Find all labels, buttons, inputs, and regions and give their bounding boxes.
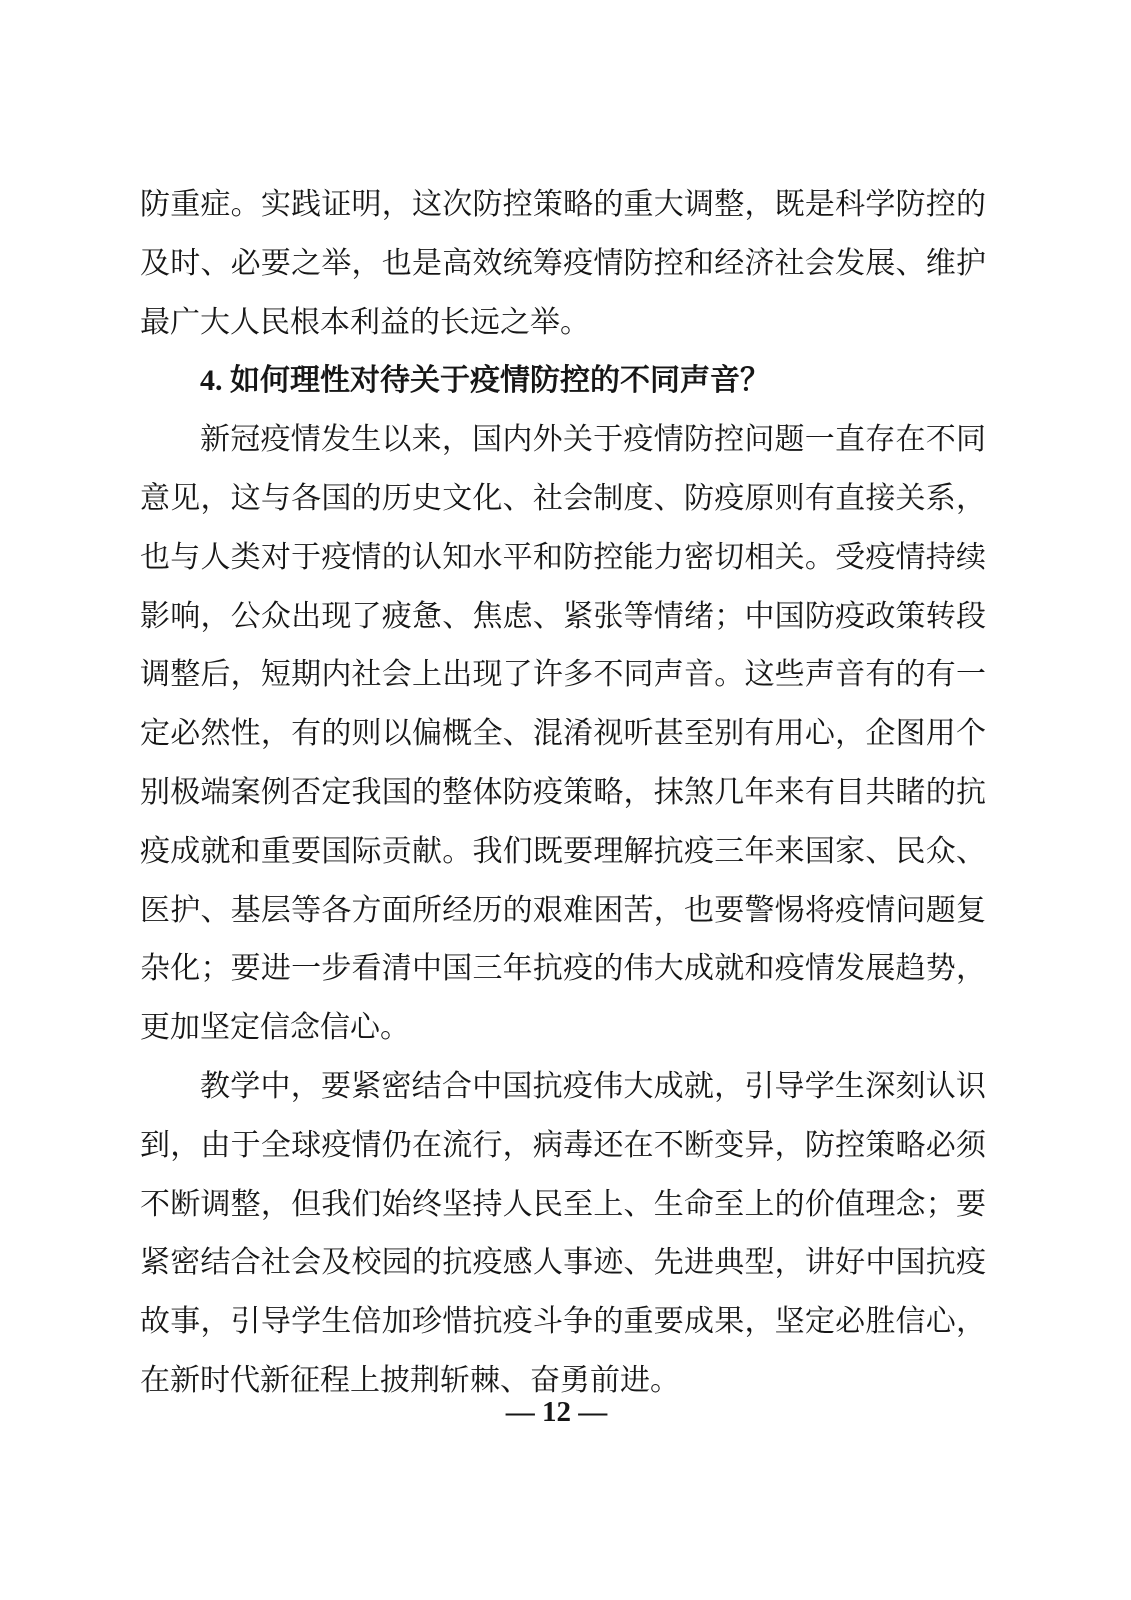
text-line: 影响，公众出现了疲惫、焦虑、紧张等情绪；中国防疫政策转段 (140, 588, 986, 647)
text-line: 防重症。实践证明，这次防控策略的重大调整，既是科学防控的 (140, 176, 986, 235)
text-line: 疫成就和重要国际贡献。我们既要理解抗疫三年来国家、民众、 (140, 823, 986, 882)
text-line: 也与人类对于疫情的认知水平和防控能力密切相关。受疫情持续 (140, 529, 986, 588)
page-number: — 12 — (506, 1396, 608, 1428)
text-line: 意见，这与各国的历史文化、社会制度、防疫原则有直接关系， (140, 470, 986, 529)
text-line: 及时、必要之举，也是高效统筹疫情防控和经济社会发展、维护 (140, 235, 986, 294)
paragraph-different-voices: 新冠疫情发生以来，国内外关于疫情防控问题一直存在不同意见，这与各国的历史文化、社… (140, 411, 986, 1058)
text-line: 到，由于全球疫情仍在流行，病毒还在不断变异，防控策略必须 (140, 1117, 986, 1176)
text-line: 医护、基层等各方面所经历的艰难困苦，也要警惕将疫情问题复 (140, 882, 986, 941)
text-line: 新冠疫情发生以来，国内外关于疫情防控问题一直存在不同 (140, 411, 986, 470)
paragraph-teaching-guidance: 教学中，要紧密结合中国抗疫伟大成就，引导学生深刻认识到，由于全球疫情仍在流行，病… (140, 1058, 986, 1411)
text-line: 教学中，要紧密结合中国抗疫伟大成就，引导学生深刻认识 (140, 1058, 986, 1117)
document-page: 防重症。实践证明，这次防控策略的重大调整，既是科学防控的及时、必要之举，也是高效… (0, 0, 1131, 1600)
text-line: 故事，引导学生倍加珍惜抗疫斗争的重要成果，坚定必胜信心， (140, 1293, 986, 1352)
text-line: 不断调整，但我们始终坚持人民至上、生命至上的价值理念；要 (140, 1176, 986, 1235)
section-heading: 4. 如何理性对待关于疫情防控的不同声音？ (140, 352, 986, 411)
text-line: 调整后，短期内社会上出现了许多不同声音。这些声音有的有一 (140, 646, 986, 705)
paragraph-continuation: 防重症。实践证明，这次防控策略的重大调整，既是科学防控的及时、必要之举，也是高效… (140, 176, 986, 352)
text-line: 最广大人民根本利益的长远之举。 (140, 294, 986, 353)
text-line: 杂化；要进一步看清中国三年抗疫的伟大成就和疫情发展趋势， (140, 940, 986, 999)
page-footer: — 12 — (0, 1396, 1113, 1429)
section-heading-line: 4. 如何理性对待关于疫情防控的不同声音？ (140, 352, 986, 411)
text-line: 别极端案例否定我国的整体防疫策略，抹煞几年来有目共睹的抗 (140, 764, 986, 823)
document-content: 防重症。实践证明，这次防控策略的重大调整，既是科学防控的及时、必要之举，也是高效… (140, 176, 986, 1411)
text-line: 定必然性，有的则以偏概全、混淆视听甚至别有用心，企图用个 (140, 705, 986, 764)
text-line: 紧密结合社会及校园的抗疫感人事迹、先进典型，讲好中国抗疫 (140, 1234, 986, 1293)
text-line: 更加坚定信念信心。 (140, 999, 986, 1058)
